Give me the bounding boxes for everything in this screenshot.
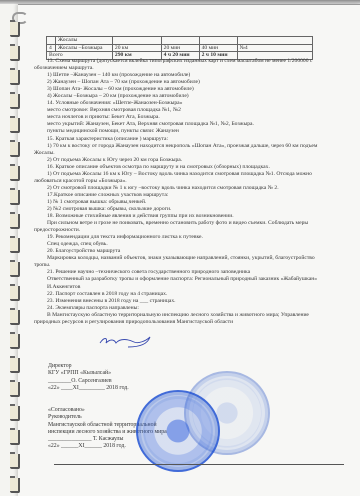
director-name: ________О. Сарсенгазиев: [48, 378, 129, 385]
section-23: 23. Изменения внесены в 2018 году на ___…: [34, 298, 319, 305]
handwritten-signature-icon: [98, 335, 153, 349]
official-stamp-icon: [136, 390, 220, 472]
binding-ring: [10, 118, 20, 133]
section-15: 15. Краткая характеристика (описание ) м…: [34, 136, 319, 143]
cell-segment: Жосалы: [55, 37, 112, 45]
binding-ring: [10, 238, 20, 253]
section-17: 17.Краткое описание сложных участков мар…: [34, 192, 319, 199]
cell-distance: 20 км: [112, 44, 161, 52]
cell-num: 4: [47, 44, 56, 52]
section-17-item-1: 1) № 1 смотровая вышка: обрывы,ченкей.: [34, 199, 319, 206]
cell-time-to: 20 мин: [161, 44, 199, 52]
section-14-viewpoints: место смотровое: Верхняя смотровая площа…: [34, 107, 319, 114]
section-21-text: Ответственный за разработку тропы и офор…: [34, 276, 319, 290]
section-14-medical: пункты медицинской помощи, пункты связи:…: [34, 128, 319, 135]
binding-ring: [10, 46, 20, 61]
route-table: Жосалы 4 Жосалы –Бозжыра 20 км 20 мин 40…: [46, 36, 313, 60]
director-org: КГУ «ГРПП «Кызылсай»: [48, 370, 129, 377]
cell-map: [237, 37, 312, 45]
binding-ring: [10, 190, 20, 205]
document-body: 13. Схема маршрута (допускается вклейка …: [34, 58, 319, 326]
section-17-item-2: 2) №2 смотровая вышка: обрывы, скользкие…: [34, 206, 319, 213]
bottom-divider: [54, 464, 344, 465]
binding-ring: [10, 430, 20, 445]
binding-ring: [10, 70, 20, 85]
binding-ring: [10, 286, 20, 301]
section-16-item-2: 2) От смотровой площадки № 1 к югу –вост…: [34, 185, 319, 192]
section-16-item-1: 1) От подъема Жосалы 16 км к Югу – Восто…: [34, 171, 319, 185]
binding-ring: [10, 358, 20, 373]
section-24-text: В Мангистаускую областную территориальну…: [34, 312, 319, 326]
spiral-binding: [8, 0, 22, 496]
binding-ring: [10, 166, 20, 181]
cell-time-back: 40 мин: [199, 44, 237, 52]
section-16: 16. Краткое описание объектов осмотра по…: [34, 164, 319, 171]
binding-ring: [10, 214, 20, 229]
cell-time-to: [161, 37, 199, 45]
section-24: 24. Экземпляры паспорта направлены:: [34, 305, 319, 312]
binding-ring: [10, 142, 20, 157]
table-row: 4 Жосалы –Бозжыра 20 км 20 мин 40 мин №4: [47, 44, 313, 52]
binding-ring: [10, 406, 20, 421]
cell-segment: Жосалы –Бозжыра: [55, 44, 112, 52]
binding-ring: [10, 310, 20, 325]
section-13: 13. Схема маршрута (допускается вклейка …: [34, 58, 319, 72]
cell-distance: [112, 37, 161, 45]
section-15-item-2: 2) От подъема Жосалы к Югу через 20 км г…: [34, 157, 319, 164]
director-date: «22» ____XI_________ 2018 год.: [48, 385, 129, 392]
binding-ring: [10, 382, 20, 397]
binding-ring: [10, 334, 20, 349]
section-14: 14. Условные обозначения: «Шетпе-Жанаозе…: [34, 100, 319, 107]
section-15-item-1: 1) 70 км к востоку от города Жанаузен на…: [34, 143, 319, 157]
section-20-text: Маркировка колодцы, названий объектов, з…: [34, 255, 319, 269]
section-22: 22. Паспорт составлен в 2018 году на 4 с…: [34, 291, 319, 298]
section-18-text: При сильном ветре и грозе не поиковать, …: [34, 220, 319, 234]
director-signature-block: Директор КГУ «ГРПП «Кызылсай» ________О.…: [48, 363, 129, 392]
binding-ring: [10, 22, 20, 37]
binding-ring: [10, 262, 20, 277]
binding-ring: [10, 94, 20, 109]
binding-ring: [10, 454, 20, 469]
cell-map: №4: [237, 44, 312, 52]
table-row: Жосалы: [47, 37, 313, 45]
cell-num: [47, 37, 56, 45]
cell-time-back: [199, 37, 237, 45]
binding-ring: [10, 478, 20, 493]
